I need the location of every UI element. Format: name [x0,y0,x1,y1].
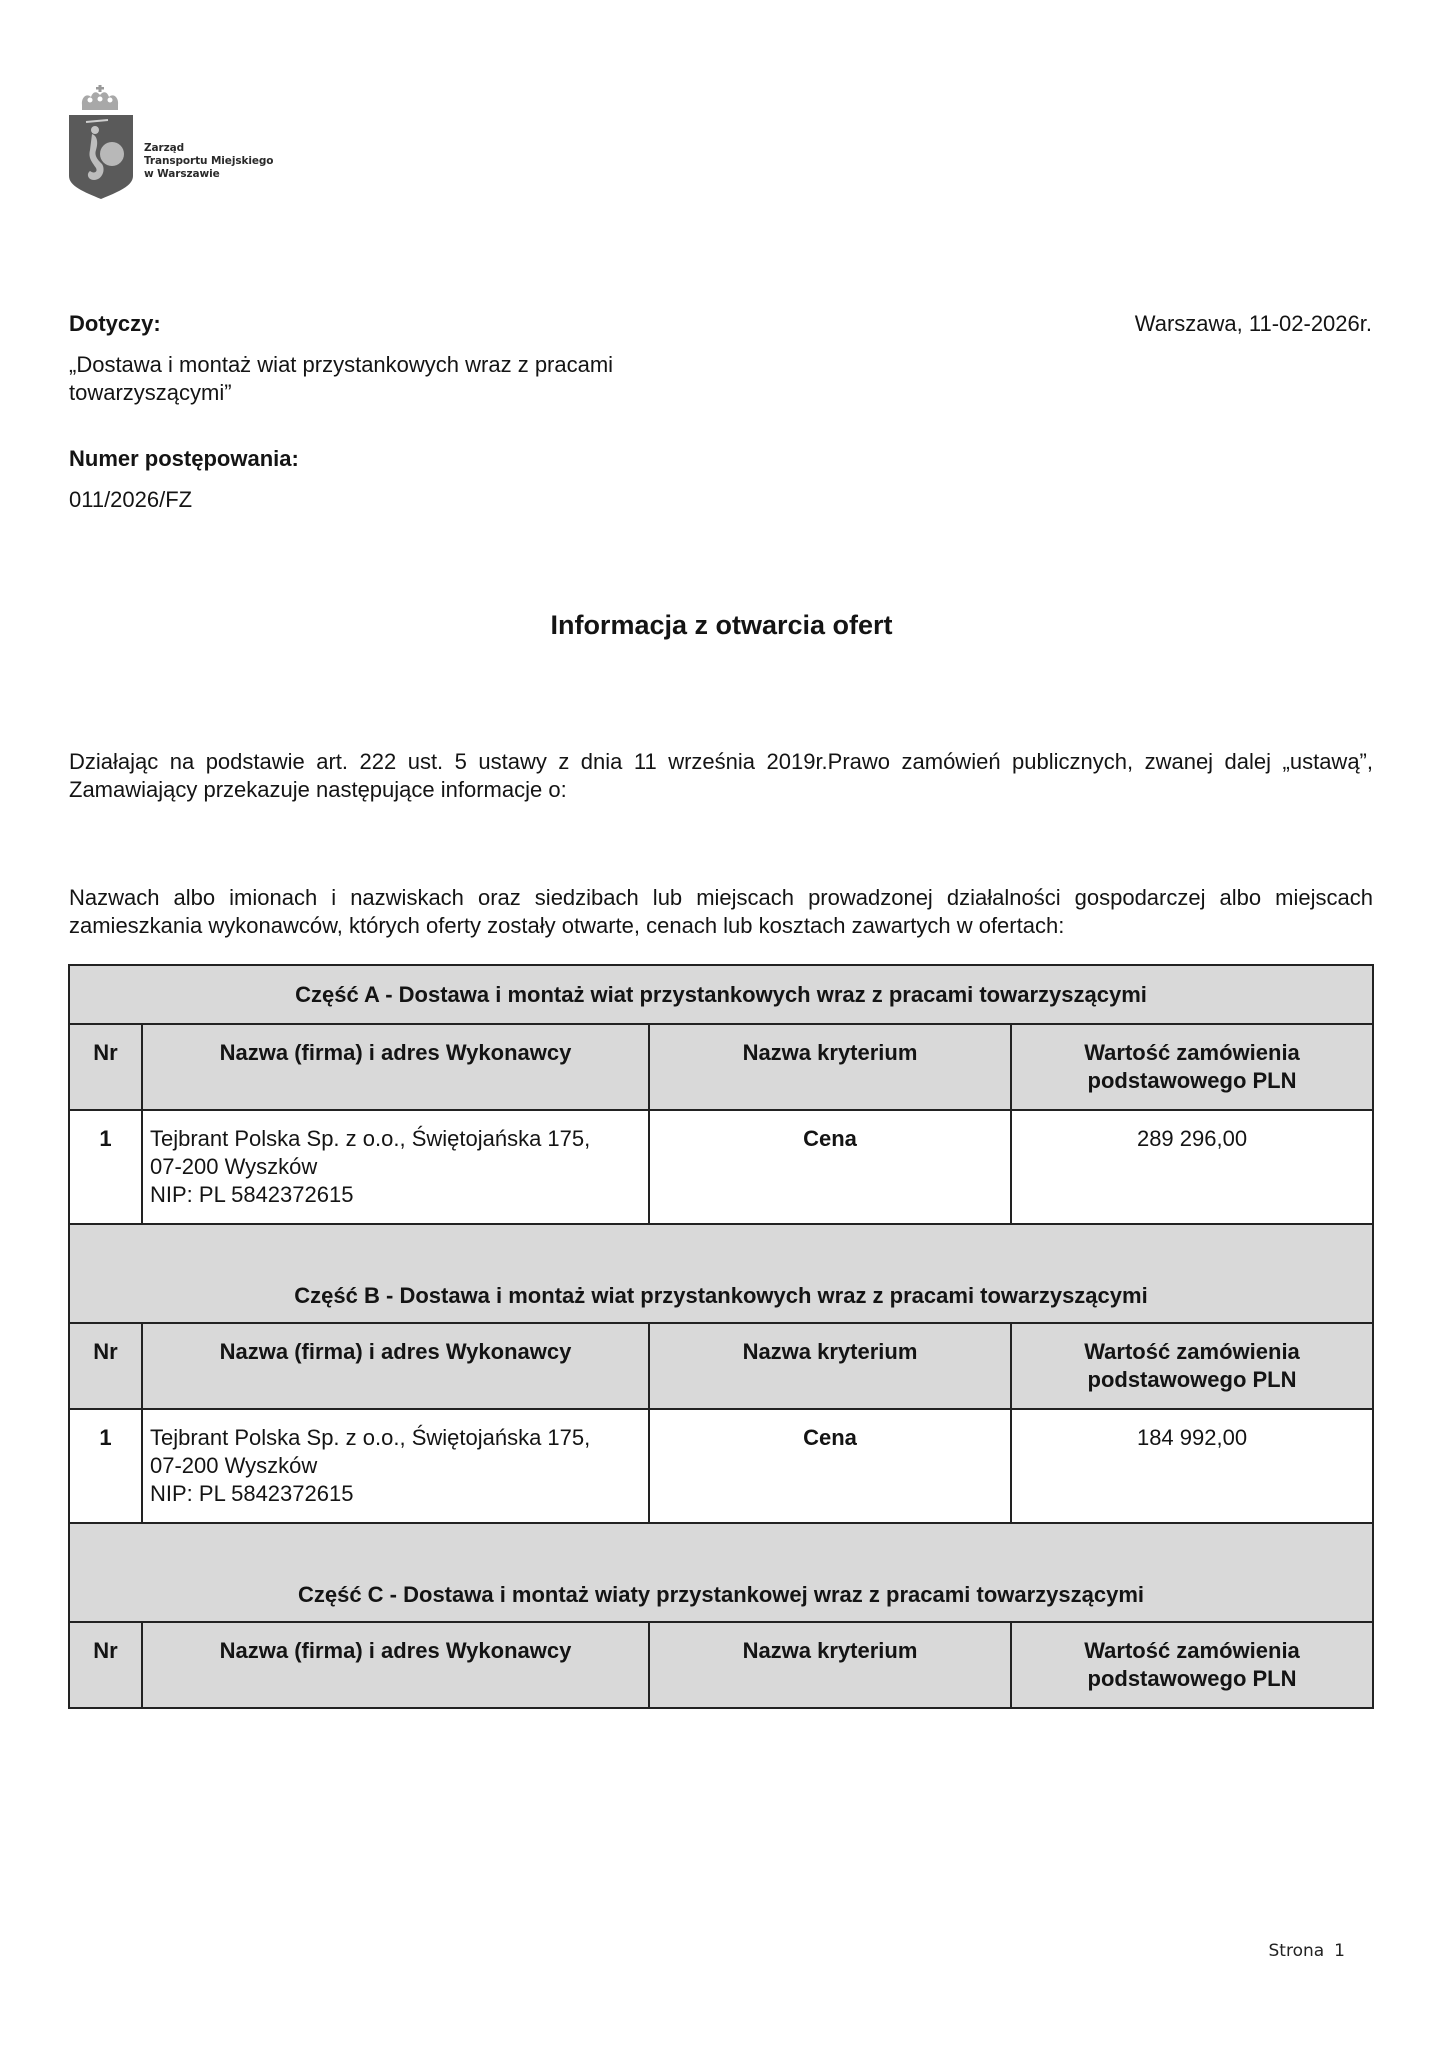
column-header-nr: Nr [69,1024,142,1110]
table-row: 1 Tejbrant Polska Sp. z o.o., Świętojańs… [69,1110,1373,1224]
section-title: Część C - Dostawa i montaż wiaty przysta… [69,1523,1373,1622]
crown-icon [79,85,121,111]
column-header-contractor: Nazwa (firma) i adres Wykonawcy [142,1323,649,1409]
contractor-name-address: Tejbrant Polska Sp. z o.o., Świętojańska… [142,1110,649,1224]
legal-basis-paragraph: Działając na podstawie art. 222 ust. 5 u… [69,748,1373,804]
document-title: Informacja z otwarcia ofert [0,610,1443,641]
column-header-nr: Nr [69,1323,142,1409]
information-scope-paragraph: Nazwach albo imionach i nazwiskach oraz … [69,884,1373,940]
organization-name: Zarząd Transportu Miejskiego w Warszawie [144,142,273,181]
table-header-row: Nr Nazwa (firma) i adres Wykonawcy Nazwa… [69,1024,1373,1110]
column-header-value: Wartość zamówieniapodstawowego PLN [1011,1622,1373,1708]
column-header-criterion: Nazwa kryterium [649,1024,1011,1110]
criterion-name: Cena [649,1409,1011,1523]
offers-table: Część A - Dostawa i montaż wiat przystan… [68,964,1374,1709]
case-number-value: 011/2026/FZ [69,486,192,514]
section-a-title-row: Część A - Dostawa i montaż wiat przystan… [69,965,1373,1024]
column-header-contractor: Nazwa (firma) i adres Wykonawcy [142,1024,649,1110]
page-number: Strona1 [1269,1941,1346,1961]
column-header-value: Wartość zamówieniapodstawowego PLN [1011,1323,1373,1409]
criterion-name: Cena [649,1110,1011,1224]
row-number: 1 [69,1409,142,1523]
subject-text: „Dostawa i montaż wiat przystankowych wr… [69,351,769,407]
table-row: 1 Tejbrant Polska Sp. z o.o., Świętojańs… [69,1409,1373,1523]
page-label: Strona [1269,1941,1325,1961]
organization-logo: Zarząd Transportu Miejskiego w Warszawie [66,82,306,204]
table-header-row: Nr Nazwa (firma) i adres Wykonawcy Nazwa… [69,1622,1373,1708]
section-c-title-row: Część C - Dostawa i montaż wiaty przysta… [69,1523,1373,1622]
column-header-nr: Nr [69,1622,142,1708]
section-title: Część A - Dostawa i montaż wiat przystan… [69,965,1373,1024]
order-value: 184 992,00 [1011,1409,1373,1523]
section-title: Część B - Dostawa i montaż wiat przystan… [69,1224,1373,1323]
order-value: 289 296,00 [1011,1110,1373,1224]
page-number-value: 1 [1334,1941,1345,1961]
table-header-row: Nr Nazwa (firma) i adres Wykonawcy Nazwa… [69,1323,1373,1409]
section-b-title-row: Część B - Dostawa i montaż wiat przystan… [69,1224,1373,1323]
warsaw-mermaid-coat-of-arms-icon [68,114,134,200]
case-number-label: Numer postępowania: [69,446,299,472]
column-header-value: Wartość zamówieniapodstawowego PLN [1011,1024,1373,1110]
column-header-criterion: Nazwa kryterium [649,1622,1011,1708]
contractor-name-address: Tejbrant Polska Sp. z o.o., Świętojańska… [142,1409,649,1523]
subject-label: Dotyczy: [69,311,161,337]
place-and-date: Warszawa, 11-02-2026r. [1135,311,1372,337]
column-header-criterion: Nazwa kryterium [649,1323,1011,1409]
column-header-contractor: Nazwa (firma) i adres Wykonawcy [142,1622,649,1708]
row-number: 1 [69,1110,142,1224]
